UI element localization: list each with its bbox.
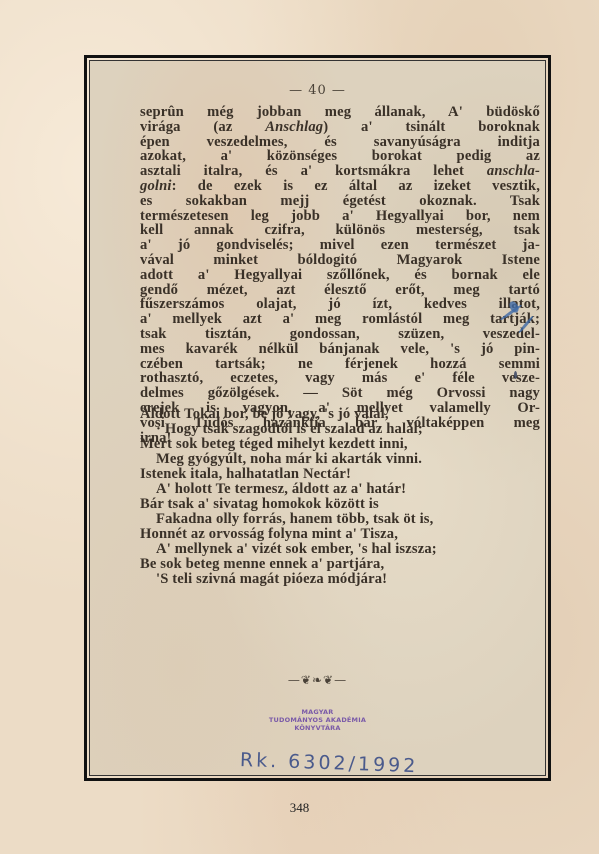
stamp-line: TUDOMÁNYOS AKADÉMIA: [90, 716, 545, 724]
poem-line: 'S teli szivná magát pióeza módjára!: [140, 572, 546, 587]
prose-line: vával minket bóldogitó Magyarok Istene: [140, 253, 540, 268]
prose-line: es sokakban mejj égetést okoznak. Tsak: [140, 194, 540, 209]
prose-line: fűszerszámos olajat, jó ízt, kedves illa…: [140, 297, 540, 312]
prose-line: azokat, a' közönséges borokat pedig az: [140, 149, 540, 164]
page-number: 348: [0, 800, 599, 816]
prose-line: golni: de ezek is ez által az izeket ves…: [140, 179, 540, 194]
prose-line: rothasztó, eczetes, vagy más e' féle ves…: [140, 371, 540, 386]
poem-line: · Hogy tsak szagodtól is el szalad az ha…: [140, 422, 546, 437]
ornament-divider: —❦❧❦—: [90, 673, 545, 687]
scanned-page: — 40 — seprûn még jobban meg állanak, A'…: [89, 60, 546, 776]
poem-line: Meg gyógyúlt, noha már ki akarták vinni.: [140, 452, 546, 467]
poem-line: A' holott Te termesz, áldott az a' határ…: [140, 482, 546, 497]
prose-line: mes kavarék nélkül bánjanak vele, 's jó …: [140, 342, 540, 357]
prose-line: a' jó gondviselés; mivel ezen természet …: [140, 238, 540, 253]
library-stamp: MAGYARTUDOMÁNYOS AKADÉMIAKÖNYVTÁRA: [90, 708, 545, 732]
page-frame: — 40 — seprûn még jobban meg állanak, A'…: [84, 55, 551, 781]
poem-line: Istenek itala, halhatatlan Nectár!: [140, 467, 546, 482]
prose-line: kell annak czifra, különös mesterség, ts…: [140, 223, 540, 238]
prose-line: seprûn még jobban meg állanak, A' büdösk…: [140, 105, 540, 120]
poem-line: Mert sok beteg téged mihelyt kezdett inn…: [140, 437, 546, 452]
prose-line: asztali italra, és a' kortsmákra lehet a…: [140, 164, 540, 179]
poem: Áldott Tokai bor, be jó vagy, 's jó valá…: [140, 407, 546, 587]
poem-line: Áldott Tokai bor, be jó vagy, 's jó valá…: [140, 407, 546, 422]
prose-line: természetesen leg jobb a' Hegyallyai bor…: [140, 209, 540, 224]
shelfmark-annotation: Rk. 6302/1992: [240, 749, 419, 776]
stamp-line: KÖNYVTÁRA: [90, 724, 545, 732]
poem-line: A' mellynek a' vizét sok ember, 's hal i…: [140, 542, 546, 557]
prose-line: adott a' Hegyallyai szőllőnek, és bornak…: [140, 268, 540, 283]
prose-line: czében tartsák; ne férjenek hozzá semmi: [140, 357, 540, 372]
prose-line: a' mellyek azt a' meg romlástól meg tart…: [140, 312, 540, 327]
poem-line: Be sok beteg menne ennek a' partjára,: [140, 557, 546, 572]
ink-smudge: [514, 371, 517, 379]
original-page-number: — 40 —: [90, 83, 545, 98]
prose-line: épen veszedelmes, és savanyúságra inditj…: [140, 135, 540, 150]
stamp-line: MAGYAR: [90, 708, 545, 716]
prose-line: virága (az Anschlag) a' tsinált boroknak: [140, 120, 540, 135]
poem-line: Bár tsak a' sivatag homokok között is: [140, 497, 546, 512]
poem-line: Honnét az orvosság folyna mint a' Tisza,: [140, 527, 546, 542]
prose-line: gendő mézet, azt élesztő erőt, meg tartó: [140, 283, 540, 298]
prose-line: delmes gőzölgések. — Söt még Orvossi nag…: [140, 386, 540, 401]
prose-paragraph: seprûn még jobban meg állanak, A' büdösk…: [140, 105, 540, 445]
poem-line: Fakadna olly forrás, hanem több, tsak öt…: [140, 512, 546, 527]
prose-line: tsak tisztán, gondossan, szüzen, veszede…: [140, 327, 540, 342]
